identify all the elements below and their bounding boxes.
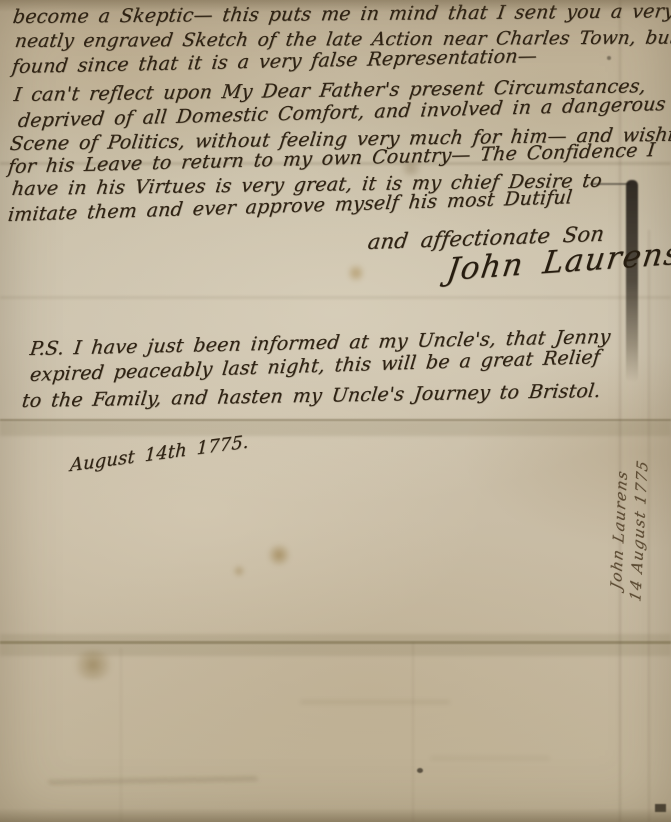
fold-crease-faint [0, 296, 671, 299]
letter-page: become a Skeptic— this puts me in mind t… [0, 0, 671, 822]
paper-edge-shadow-top [0, 0, 671, 12]
date-line: August 14th 1775. [70, 431, 250, 476]
stain-spot [266, 544, 292, 566]
fold-crease-vertical-bottom [412, 642, 414, 822]
bleedthrough-ghost-text [430, 756, 550, 760]
postscript-line: to the Family, and hasten my Uncle's Jou… [21, 380, 602, 412]
ink-speck [607, 56, 611, 60]
fold-crease-vertical-bottom-left [120, 648, 122, 822]
paper-edge-shadow-bottom [0, 808, 671, 822]
stain-spot [70, 650, 116, 680]
ink-smear-right-edge [626, 180, 638, 382]
stain-spot [348, 262, 364, 284]
fold-crease-vertical-right [619, 0, 621, 822]
bleedthrough-ghost-text [48, 776, 258, 785]
stain-spot [232, 565, 246, 577]
fold-band-middle [0, 420, 671, 436]
bleedthrough-ghost-text [300, 700, 450, 704]
ink-speck [417, 768, 423, 773]
